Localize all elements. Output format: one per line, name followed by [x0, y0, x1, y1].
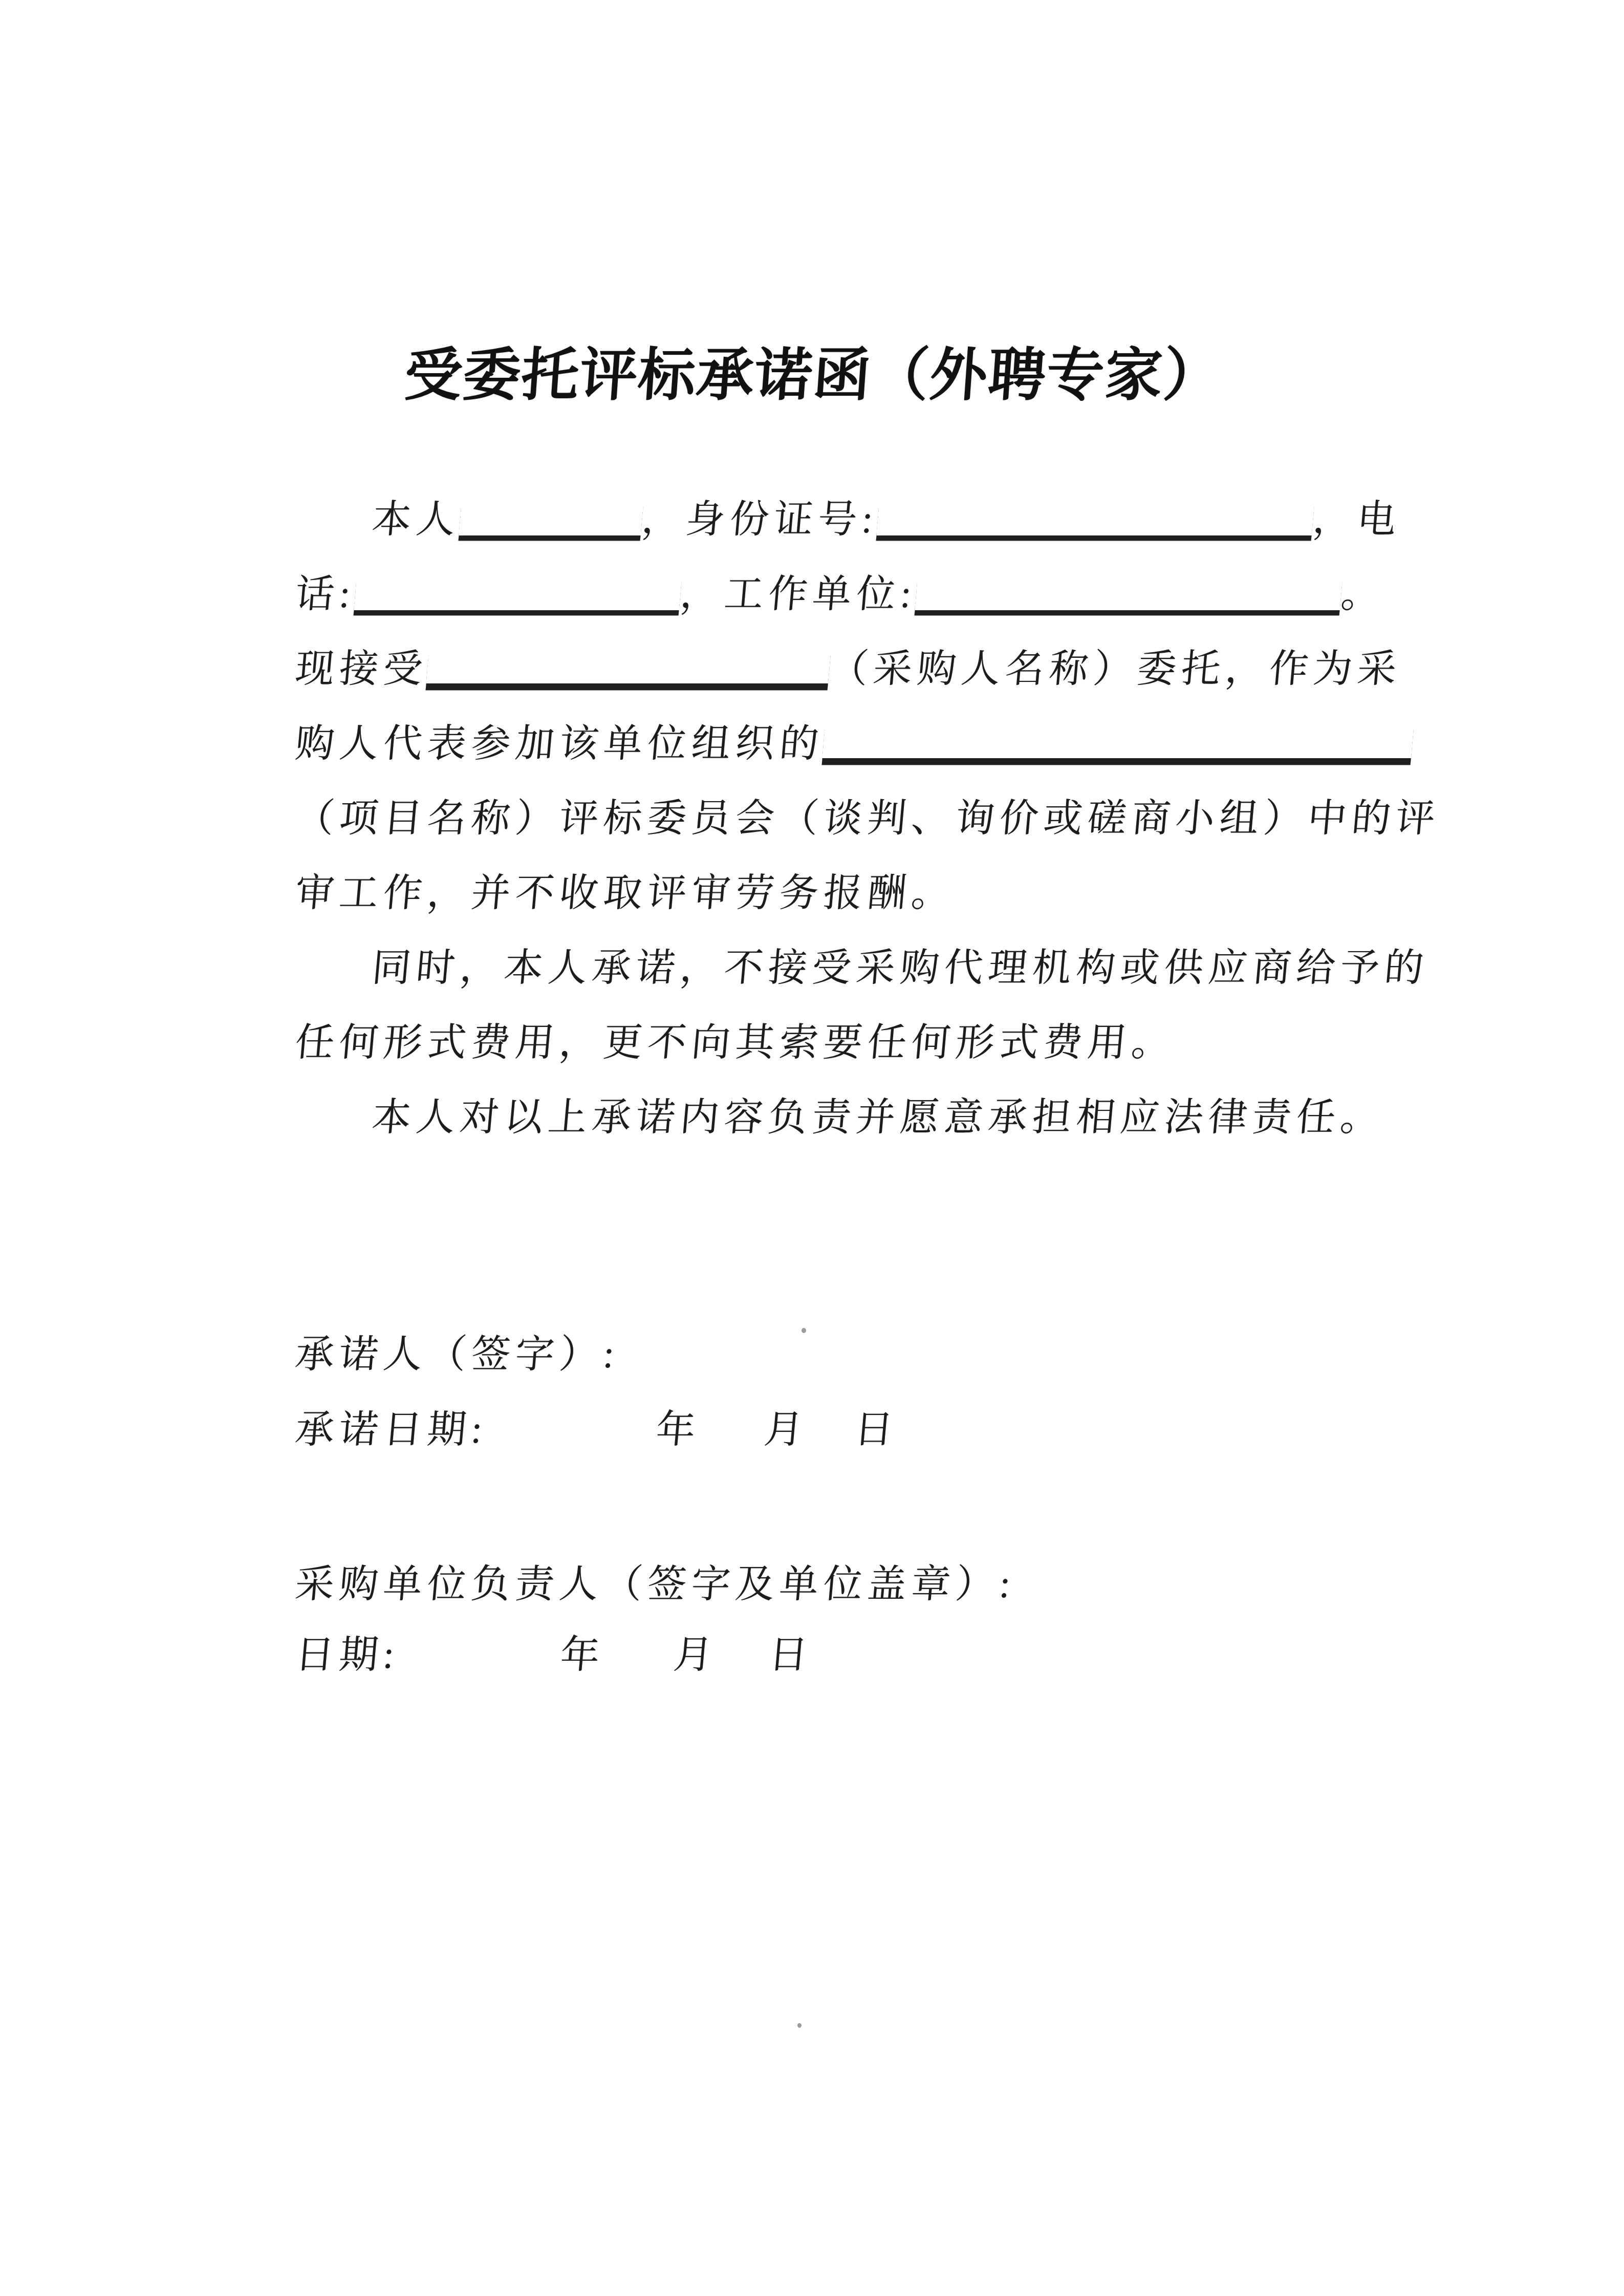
- text-run: 。: [1339, 573, 1387, 616]
- document-title: 受委托评标承诺函（外聘专家）: [0, 347, 1624, 404]
- text-run: 购人代表参加该单位组织的: [294, 722, 826, 765]
- promisor-signature-line: 承诺人（签字）:: [294, 1335, 621, 1374]
- purchaser-signature-line: 采购单位负责人（签字及单位盖章）:: [294, 1565, 1017, 1604]
- promise-date-line: 承诺日期:年月日: [294, 1410, 900, 1449]
- body-line-9: 本人对以上承诺内容负责并愿意承担相应法律责任。: [371, 1098, 1387, 1137]
- blank-project-name-field: [822, 729, 1414, 765]
- text-run: 本人: [371, 498, 462, 541]
- body-line-2: 话:，工作单位:。: [294, 575, 1387, 615]
- year-label: 年: [558, 1634, 606, 1677]
- body-line-5: （项目名称）评标委员会（谈判、询价或磋商小组）中的评: [294, 799, 1442, 838]
- text-run: ，工作单位:: [679, 573, 918, 616]
- text-run: 同时，本人承诺，不接受采购代理机构或供应商给予的: [370, 947, 1430, 990]
- scan-speck: [802, 1328, 806, 1333]
- promisor-label: 承诺人（签字）:: [293, 1333, 621, 1376]
- text-run: （项目名称）评标委员会（谈判、询价或磋商小组）中的评: [293, 797, 1441, 840]
- month-label: 月: [672, 1634, 719, 1677]
- body-line-1: 本人，身份证号:，电: [371, 500, 1403, 541]
- body-line-6: 审工作，并不收取评审劳务报酬。: [294, 874, 958, 913]
- blank-work-unit-field: [915, 582, 1342, 615]
- text-run: 现接受: [294, 648, 429, 691]
- text-run: 任何形式费用，更不向其索要任何形式费用。: [293, 1021, 1177, 1064]
- scan-speck: [797, 2023, 802, 2028]
- purchaser-label: 采购单位负责人（签字及单位盖章）:: [293, 1563, 1017, 1606]
- body-line-4: 购人代表参加该单位组织的: [294, 724, 1414, 765]
- date-label: 日期:: [293, 1634, 401, 1677]
- day-label: 日: [767, 1634, 814, 1677]
- blank-name-field: [459, 507, 643, 541]
- month-label: 月: [762, 1408, 810, 1451]
- body-line-7: 同时，本人承诺，不接受采购代理机构或供应商给予的: [371, 949, 1431, 988]
- text-run: （采购人名称）委托，作为采: [828, 648, 1403, 691]
- day-label: 日: [852, 1408, 900, 1451]
- purchaser-date-line: 日期:年月日: [294, 1636, 815, 1675]
- blank-id-number-field: [876, 507, 1314, 541]
- text-run: 本人对以上承诺内容负责并愿意承担相应法律责任。: [370, 1096, 1386, 1139]
- scanned-document-page: 受委托评标承诺函（外聘专家） 本人，身份证号:，电 话:，工作单位:。 现接受（…: [0, 0, 1624, 2296]
- text-run: ，电: [1311, 498, 1403, 541]
- text-run: 审工作，并不收取评审劳务报酬。: [293, 872, 957, 915]
- blank-purchaser-name-field: [426, 655, 831, 690]
- text-run: ，身份证号:: [640, 498, 880, 541]
- body-line-8: 任何形式费用，更不向其索要任何形式费用。: [294, 1023, 1178, 1062]
- body-line-3: 现接受（采购人名称）委托，作为采: [294, 650, 1403, 690]
- year-label: 年: [654, 1408, 702, 1451]
- promise-date-label: 承诺日期:: [293, 1408, 489, 1451]
- blank-phone-field: [354, 582, 682, 615]
- text-run: 话:: [294, 573, 357, 616]
